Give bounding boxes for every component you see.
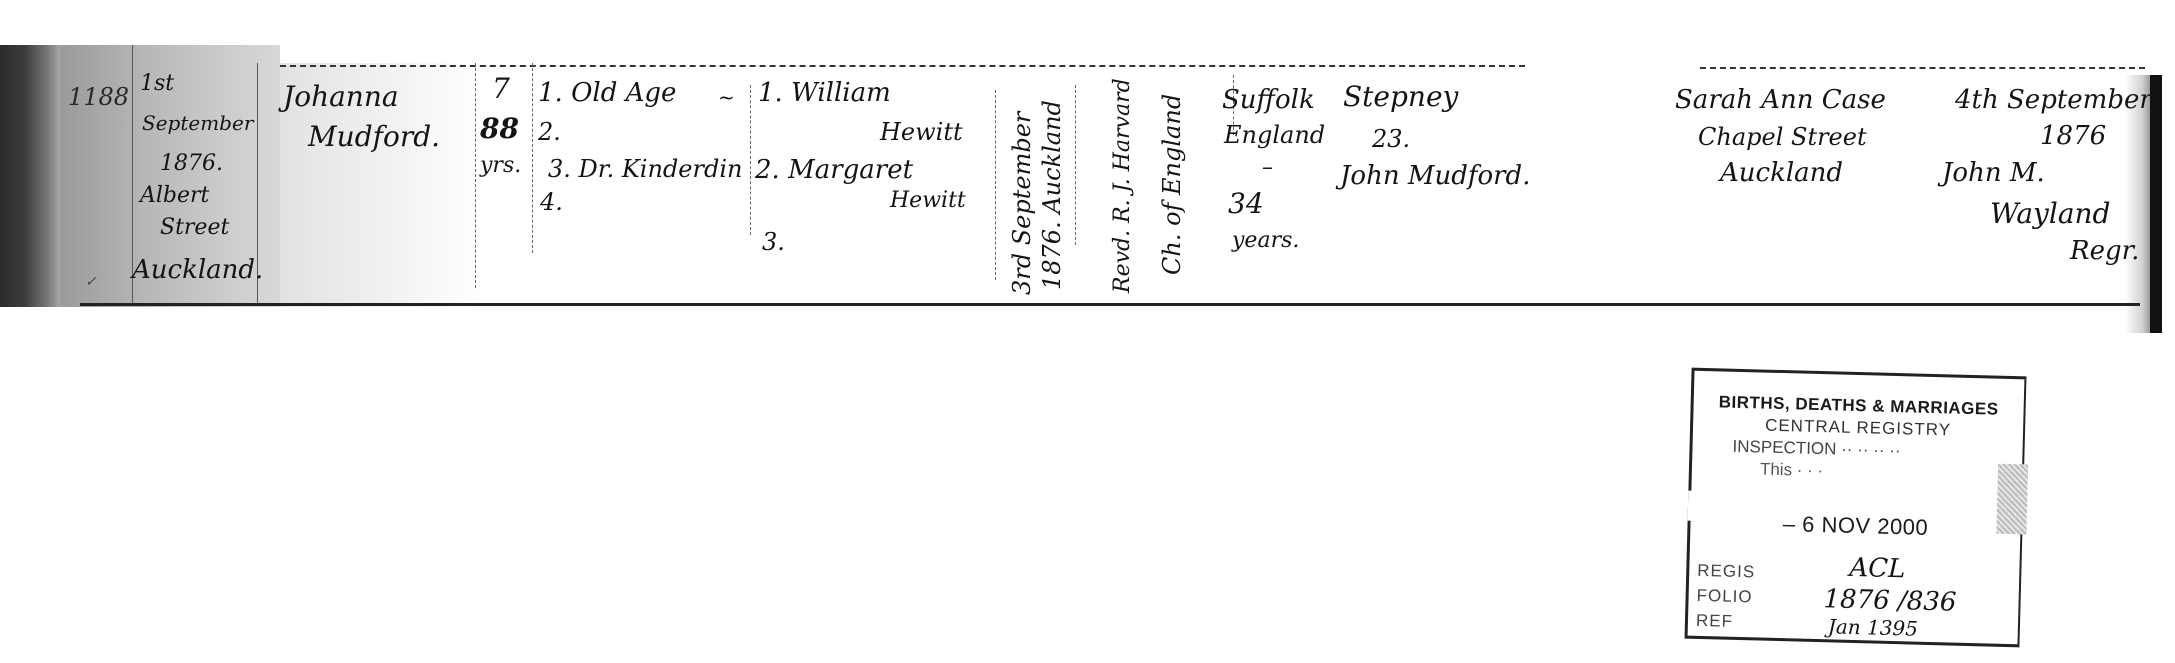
- top-rule-right: [1700, 67, 2145, 69]
- birthplace-country: England: [1224, 123, 1325, 147]
- stamp-folio-number: 1876 /836: [1823, 586, 1956, 615]
- informant-town: Auckland: [1720, 160, 1843, 186]
- child-1-name: 1. William: [758, 80, 891, 106]
- marriage-age: 23.: [1372, 127, 1410, 151]
- burial-date: 3rd September: [1010, 112, 1034, 295]
- inspection-stamp: BIRTHS, DEATHS & MARRIAGES CENTRAL REGIS…: [1685, 368, 2027, 648]
- col-divider: [475, 63, 476, 288]
- burial-place: 1876. Auckland: [1040, 100, 1064, 290]
- deceased-first-name: Johanna: [283, 83, 399, 111]
- child-2-surname: Hewitt: [890, 190, 966, 212]
- birthplace-county: Suffolk: [1222, 87, 1315, 113]
- marriage-place: Stepney: [1343, 83, 1458, 111]
- stamp-inspection: INSPECTION ·· ·· ·· ··: [1692, 437, 2022, 463]
- cause-line-4: 4.: [540, 190, 563, 214]
- bottom-rule: [80, 303, 2140, 306]
- stamp-field-regis: REGIS: [1697, 561, 1755, 583]
- minister-name: Revd. R. J. Harvard: [1112, 78, 1134, 293]
- registration-year: 1876: [2040, 123, 2106, 149]
- death-month: September: [142, 113, 253, 133]
- age-months: 7: [492, 75, 510, 103]
- death-year: 1876.: [160, 153, 223, 175]
- death-place: Auckland.: [132, 257, 263, 283]
- stamp-date: – 6 NOV 2000: [1690, 511, 2020, 542]
- registration-date: 4th September: [1955, 87, 2152, 113]
- cause-mark: ~: [718, 87, 735, 107]
- years-label: years.: [1232, 230, 1299, 252]
- registrar-surname: Wayland: [1990, 200, 2110, 228]
- stamp-title: BIRTHS, DEATHS & MARRIAGES: [1694, 393, 2024, 419]
- registrar-title: Regr.: [2070, 238, 2139, 264]
- binding-shadow: [0, 45, 60, 307]
- cause-line-3: 3. Dr. Kinderdin: [548, 157, 742, 181]
- register-strip: 1188 1st September 1876. Albert Street A…: [0, 45, 2175, 307]
- informant-name: Sarah Ann Case: [1675, 87, 1886, 113]
- death-day: 1st: [140, 73, 174, 95]
- top-rule: [280, 65, 1525, 67]
- deceased-surname: Mudford.: [308, 123, 440, 151]
- death-street-1: Albert: [140, 185, 209, 207]
- stamp-ref-number: Jan 1395: [1828, 616, 1919, 638]
- col-divider: [750, 85, 751, 235]
- col-divider: [995, 90, 996, 280]
- child-2-name: 2. Margaret: [755, 157, 913, 183]
- cause-line-2: 2.: [538, 120, 561, 144]
- informant-street: Chapel Street: [1698, 125, 1867, 149]
- age-unit: yrs.: [480, 155, 521, 177]
- child-1-surname: Hewitt: [880, 120, 963, 144]
- col-divider: [532, 63, 533, 253]
- years-dash: –: [1262, 157, 1273, 179]
- margin-mark: ✓: [85, 275, 97, 289]
- spouse-name: John Mudford.: [1340, 163, 1530, 189]
- death-street-2: Street: [160, 217, 229, 239]
- minister-church: Ch. of England: [1160, 94, 1184, 275]
- col-divider: [1075, 85, 1076, 245]
- cause-line-1: 1. Old Age: [538, 80, 676, 106]
- registrar-first-name: John M.: [1942, 160, 2045, 186]
- entry-number: 1188: [68, 85, 129, 109]
- age-years: 88: [480, 115, 519, 143]
- stamp-initials: ACL: [1849, 555, 1906, 582]
- years-in-colony: 34: [1228, 190, 1264, 218]
- stamp-this: This · · ·: [1692, 459, 2022, 485]
- child-3: 3.: [762, 230, 785, 254]
- stamp-field-ref: REF: [1696, 611, 1734, 632]
- stamp-field-folio: FOLIO: [1696, 586, 1753, 607]
